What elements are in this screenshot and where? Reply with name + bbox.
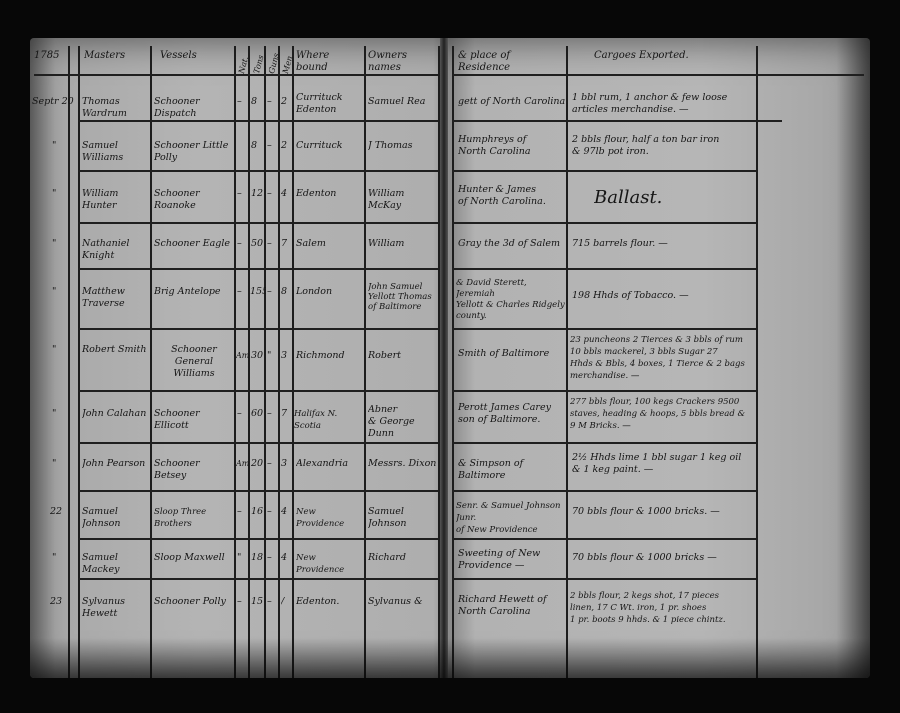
row-nat: – [237,96,249,108]
rule [452,390,756,392]
row-where-bound: Currituck [296,140,362,152]
rule [34,74,438,76]
row-cargo: 23 puncheons 2 Tierces & 3 bbls of rum 1… [570,334,756,382]
rule [78,490,438,492]
row-guns: – [267,596,279,608]
row-date: " [52,238,72,250]
row-residence: gett of North Carolina [458,96,566,108]
row-date: Septr 20 [32,96,78,108]
row-residence: Hunter & James of North Carolina. [458,184,566,208]
row-date: " [52,286,72,298]
row-nat: Am [236,458,250,470]
row-vessel: Brig Antelope [154,286,234,298]
document-viewer: 1785 Masters Vessels Nat. Tons Guns Men … [0,0,900,713]
row-master: Thomas Wardrum [82,96,150,120]
row-residence: & David Sterett, Jeremiah Yellott & Char… [456,278,566,322]
row-owner: Samuel Rea [368,96,438,108]
row-residence: Sweeting of New Providence — [458,548,566,572]
rule [452,578,756,580]
row-date: " [52,552,72,564]
row-vessel: Schooner Roanoke [154,188,234,212]
row-men: 8 [281,286,293,298]
row-date: " [52,458,72,470]
rule [452,170,756,172]
row-residence: Gray the 3d of Salem [458,238,566,250]
row-owner: Abner & George Dunn [368,404,438,440]
header-residence: & place of Residence [458,50,564,74]
row-master: John Calahan [82,408,150,420]
rule [150,46,152,678]
rule [452,46,454,678]
row-men: 7 [281,408,293,420]
rule [452,328,756,330]
row-vessel: Schooner Polly [154,596,234,608]
row-tons: 8 [251,96,265,108]
row-tons: 16 [251,506,265,518]
row-owner: Samuel Johnson [368,506,438,530]
rule [78,170,438,172]
row-tons: 155 [250,286,266,298]
rule [78,46,80,678]
row-tons: 50 [251,238,265,250]
header-owners: Owners names [368,50,438,74]
row-nat: – [237,286,249,298]
row-men: / [281,596,293,608]
rule [78,390,438,392]
rule [452,222,756,224]
row-guns: – [267,506,279,518]
row-guns: – [267,552,279,564]
rule [78,120,438,122]
rule [452,120,782,122]
row-owner: Robert [368,350,438,362]
row-cargo: 1 bbl rum, 1 anchor & few loose articles… [572,92,756,116]
row-men: 4 [281,552,293,564]
row-men: 3 [281,458,293,470]
row-cargo: 715 barrels flour. — [572,238,756,250]
row-tons: 12 [251,188,265,200]
rule [234,46,236,678]
rule [452,538,756,540]
row-cargo: 198 Hhds of Tobacco. — [572,290,756,302]
row-nat: – [237,596,249,608]
row-master: Samuel Mackey [82,552,150,576]
row-where-bound: Edenton [296,188,362,200]
row-tons: 60 [251,408,265,420]
row-date: 23 [50,596,76,608]
rule [248,46,250,678]
row-tons: 15 [251,596,265,608]
row-vessel: Sloop Three Brothers [154,506,234,530]
row-guns: – [267,96,279,108]
row-owner: William McKay [368,188,438,212]
row-master: Nathaniel Knight [82,238,150,262]
row-owner: William [368,238,438,250]
header-cargoes: Cargoes Exported. [594,50,744,62]
row-where-bound: Richmond [296,350,362,362]
row-master: Sylvanus Hewett [82,596,150,620]
header-masters: Masters [84,50,148,62]
row-guns: – [267,286,279,298]
row-residence: Smith of Baltimore [458,348,566,360]
row-guns: – [267,238,279,250]
rule [452,490,756,492]
row-guns: – [267,458,279,470]
row-cargo: 2 bbls flour, 2 kegs shot, 17 pieces lin… [570,590,756,626]
rule [78,328,438,330]
row-cargo: Ballast. [594,188,754,208]
row-vessel: Schooner Ellicott [154,408,234,432]
ledger-spread: 1785 Masters Vessels Nat. Tons Guns Men … [30,38,870,678]
row-residence: Humphreys of North Carolina [458,134,566,158]
ledger-left-page: 1785 Masters Vessels Nat. Tons Guns Men … [30,38,444,678]
row-vessel: Schooner Little Polly [154,140,234,164]
row-master: Samuel Williams [82,140,150,164]
row-guns: " [267,350,279,362]
rule [756,46,758,678]
rule [452,74,864,76]
row-vessel: Schooner Eagle [154,238,234,250]
rule [78,578,438,580]
rule [78,268,438,270]
row-nat: Am. [236,350,250,362]
row-nat: – [237,506,249,518]
row-cargo: 70 bbls flour & 1000 bricks. — [572,506,756,518]
row-men: 4 [281,188,293,200]
header-vessels: Vessels [160,50,230,62]
rule [452,442,756,444]
row-tons: 20 [251,458,265,470]
row-cargo: 70 bbls flour & 1000 bricks — [572,552,756,564]
rule [364,46,366,678]
row-cargo: 2 bbls flour, half a ton bar iron & 97lb… [572,134,756,158]
row-owner: J Thomas [368,140,438,152]
row-where-bound: Halifax N. Scotia [294,408,364,432]
row-residence: & Simpson of Baltimore [458,458,566,482]
row-owner: Richard [368,552,438,564]
row-vessel: Schooner Betsey [154,458,234,482]
row-guns: – [267,140,279,152]
row-date: " [52,408,72,420]
row-where-bound: Salem [296,238,362,250]
row-vessel: Schooner General Williams [154,344,234,380]
header-where-bound: Where bound [296,50,362,74]
row-tons: 30 [251,350,265,362]
row-cargo: 277 bbls flour, 100 kegs Crackers 9500 s… [570,396,756,432]
row-men: 2 [281,140,293,152]
row-master: Matthew Traverse [82,286,150,310]
row-master: William Hunter [82,188,150,212]
row-where-bound: New Providence [296,552,362,576]
row-nat: – [237,188,249,200]
row-cargo: 2½ Hhds lime 1 bbl sugar 1 keg oil & 1 k… [572,452,756,476]
row-where-bound: Alexandria [296,458,362,470]
row-guns: – [267,188,279,200]
row-date: " [52,140,72,152]
rule [452,268,756,270]
rule [78,442,438,444]
rule [566,46,568,678]
header-year: 1785 [34,50,68,62]
row-residence: Perott James Carey son of Baltimore. [458,402,566,426]
row-men: 7 [281,238,293,250]
row-date: 22 [50,506,76,518]
row-where-bound: New Providence [296,506,362,530]
row-master: Samuel Johnson [82,506,150,530]
row-where-bound: London [296,286,362,298]
row-guns: – [267,408,279,420]
row-nat: – [237,238,249,250]
row-date: " [52,344,72,356]
rule [78,538,438,540]
row-where-bound: Currituck Edenton [296,92,362,116]
rule [78,222,438,224]
row-men: 4 [281,506,293,518]
ledger-right-page: & place of Residence Cargoes Exported. g… [444,38,870,678]
row-owner: Messrs. Dixon [368,458,438,470]
row-tons: 18 [251,552,265,564]
row-vessel: Sloop Maxwell [154,552,234,564]
row-men: 2 [281,96,293,108]
row-men: 3 [281,350,293,362]
row-master: Robert Smith [82,344,150,356]
row-where-bound: Edenton. [296,596,362,608]
row-master: John Pearson [82,458,150,470]
row-owner: Sylvanus & [368,596,438,608]
page-shadow [30,638,870,678]
row-residence: Senr. & Samuel Johnson Junr. of New Prov… [456,500,566,536]
row-owner: John Samuel Yellott Thomas of Baltimore [368,282,438,312]
row-date: " [52,188,72,200]
row-nat: – [237,408,249,420]
row-tons: 8 [251,140,265,152]
row-residence: Richard Hewett of North Carolina [458,594,566,618]
row-nat: " [237,552,249,564]
row-vessel: Schooner Dispatch [154,96,234,120]
